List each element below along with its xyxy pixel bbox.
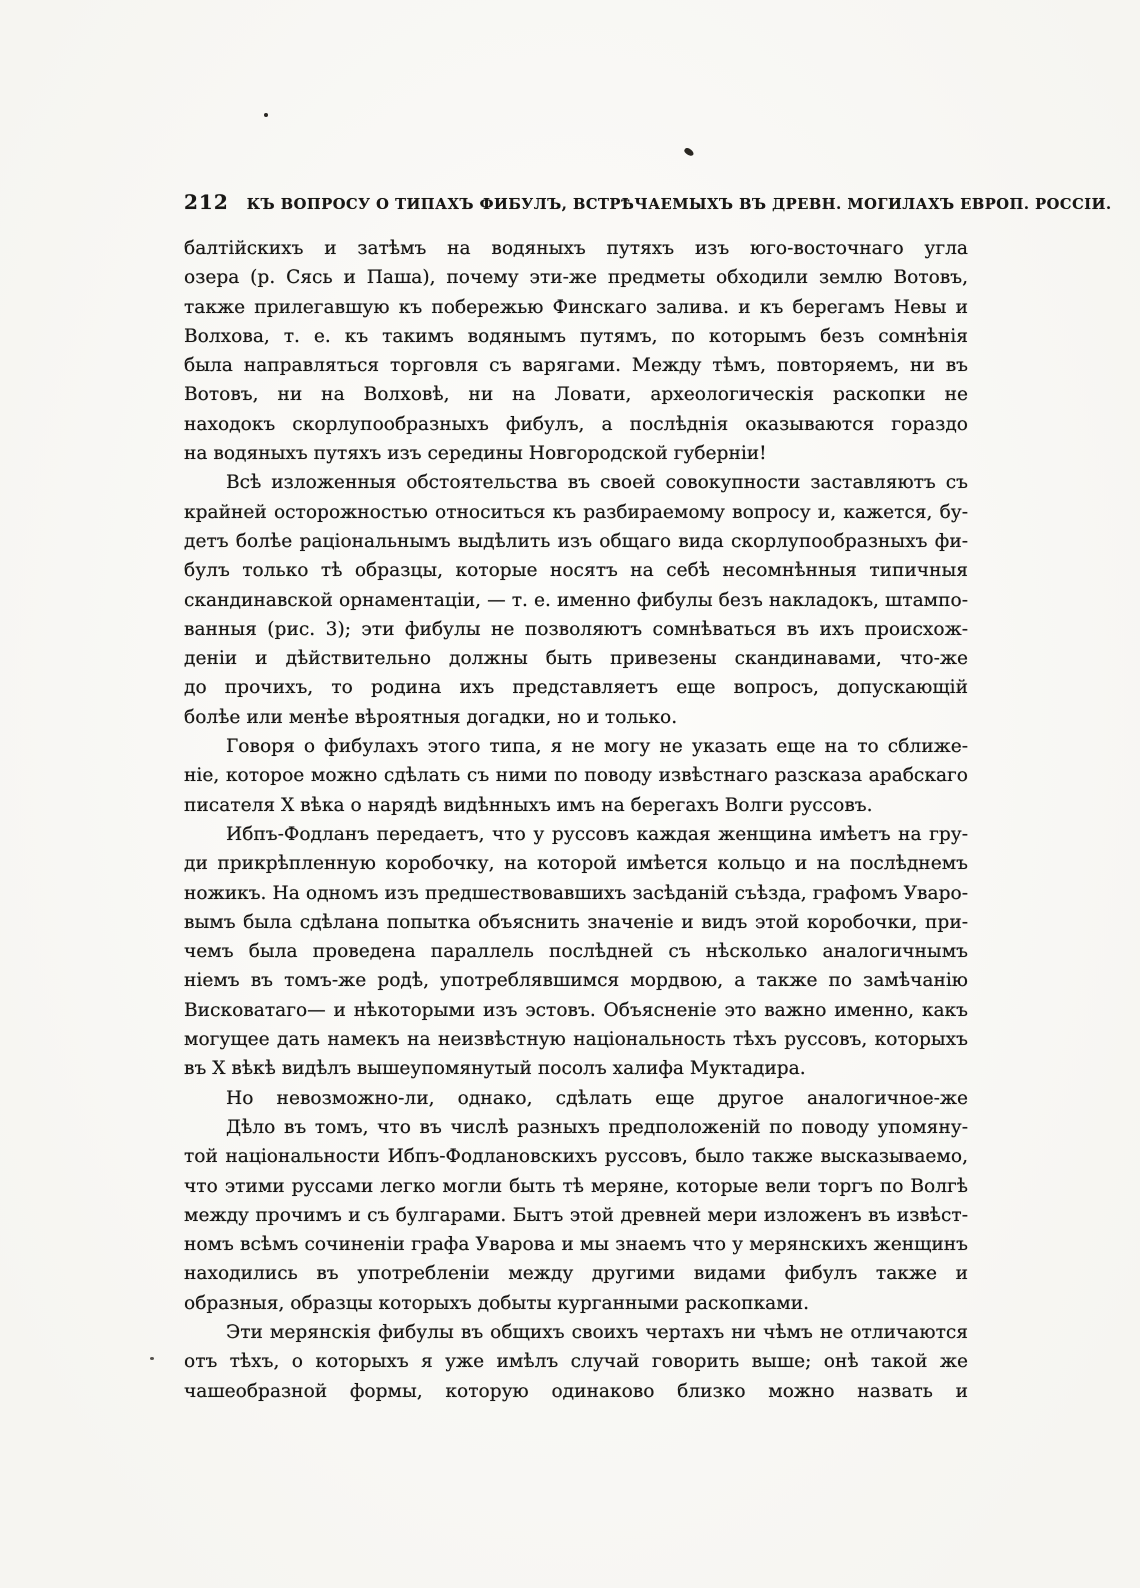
text-line: деніи и дѣйствительно должны быть привез… bbox=[184, 644, 968, 673]
text-line: балтійскихъ и затѣмъ на водяныхъ путяхъ … bbox=[184, 234, 968, 263]
text-line: въ X вѣкѣ видѣлъ вышеупомянутый посолъ х… bbox=[184, 1054, 968, 1083]
text-line: скандинавской орнаментаціи, — т. е. имен… bbox=[184, 586, 968, 615]
text-block: балтійскихъ и затѣмъ на водяныхъ путяхъ … bbox=[184, 234, 968, 1406]
text-line: ножикъ. На одномъ изъ предшествовавшихъ … bbox=[184, 879, 968, 908]
text-line: могущее дать намекъ на неизвѣстную націо… bbox=[184, 1025, 968, 1054]
text-line: Ибпъ-Фодланъ передаетъ, что у руссовъ ка… bbox=[184, 820, 968, 849]
text-line: той національности Ибпъ-Фодлановскихъ ру… bbox=[184, 1142, 968, 1171]
text-line: номъ всѣмъ сочиненіи графа Уварова и мы … bbox=[184, 1230, 968, 1259]
text-line: чашеобразной формы, которую одинаково бл… bbox=[184, 1377, 968, 1406]
running-header-title: КЪ ВОПРОСУ О ТИПАХЪ ФИБУЛЪ, ВСТРѢЧАЕМЫХЪ… bbox=[247, 196, 1112, 213]
text-line: образныя, образцы которыхъ добыты курган… bbox=[184, 1289, 968, 1318]
text-line: была направляться торговля съ варягами. … bbox=[184, 351, 968, 380]
text-line: крайней осторожностью относиться къ разб… bbox=[184, 498, 968, 527]
text-line: Волхова, т. е. къ такимъ водянымъ путямъ… bbox=[184, 322, 968, 351]
text-line: Всѣ изложенныя обстоятельства въ своей с… bbox=[184, 468, 968, 497]
text-line: Висковатаго— и нѣкоторыми изъ эстовъ. Об… bbox=[184, 996, 968, 1025]
paragraph: Эти мерянскія фибулы въ общихъ своихъ че… bbox=[184, 1318, 968, 1406]
text-line: булъ только тѣ образцы, которые носятъ н… bbox=[184, 556, 968, 585]
text-line: что этими руссами легко могли быть тѣ ме… bbox=[184, 1172, 968, 1201]
text-line: Говоря о фибулахъ этого типа, я не могу … bbox=[184, 732, 968, 761]
text-line: между прочимъ и съ булгарами. Бытъ этой … bbox=[184, 1201, 968, 1230]
text-line: детъ болѣе раціональнымъ выдѣлить изъ об… bbox=[184, 527, 968, 556]
paragraph: Ибпъ-Фодланъ передаетъ, что у руссовъ ка… bbox=[184, 820, 968, 1084]
paragraph: Говоря о фибулахъ этого типа, я не могу … bbox=[184, 732, 968, 820]
text-line: ди прикрѣпленную коробочку, на которой и… bbox=[184, 849, 968, 878]
text-line: находились въ употребленіи между другими… bbox=[184, 1259, 968, 1288]
text-line: до прочихъ, то родина ихъ представляетъ … bbox=[184, 673, 968, 702]
text-line: ніемъ въ томъ-же родѣ, употреблявшимся м… bbox=[184, 966, 968, 995]
running-header: 212 КЪ ВОПРОСУ О ТИПАХЪ ФИБУЛЪ, ВСТРѢЧАЕ… bbox=[184, 190, 968, 214]
text-line: Эти мерянскія фибулы въ общихъ своихъ че… bbox=[184, 1318, 968, 1347]
text-line: вымъ была сдѣлана попытка объяснить знач… bbox=[184, 908, 968, 937]
text-line: отъ тѣхъ, о которыхъ я уже имѣлъ случай … bbox=[184, 1347, 968, 1376]
text-line: ніе, которое можно сдѣлать съ ними по по… bbox=[184, 761, 968, 790]
text-line: болѣе или менѣе вѣроятныя догадки, но и … bbox=[184, 703, 968, 732]
text-line: ванныя (рис. 3); эти фибулы не позволяют… bbox=[184, 615, 968, 644]
text-line: Вотовъ, ни на Волховѣ, ни на Ловати, арх… bbox=[184, 380, 968, 409]
page-number: 212 bbox=[184, 190, 229, 214]
text-line: озера (р. Сясь и Паша), почему эти-же пр… bbox=[184, 263, 968, 292]
paragraph: балтійскихъ и затѣмъ на водяныхъ путяхъ … bbox=[184, 234, 968, 468]
text-line: находокъ скорлупообразныхъ фибулъ, а пос… bbox=[184, 410, 968, 439]
paragraph: Всѣ изложенныя обстоятельства въ своей с… bbox=[184, 468, 968, 732]
ink-speck bbox=[150, 1357, 154, 1360]
scanned-book-page: 212 КЪ ВОПРОСУ О ТИПАХЪ ФИБУЛЪ, ВСТРѢЧАЕ… bbox=[0, 0, 1140, 1588]
text-line: писателя X вѣка о нарядѣ видѣнныхъ имъ н… bbox=[184, 791, 968, 820]
text-line: также прилегавшую къ побережью Финскаго … bbox=[184, 293, 968, 322]
ink-speck bbox=[264, 113, 268, 117]
text-line: Но невозможно-ли, однако, сдѣлать еще др… bbox=[184, 1084, 968, 1113]
paragraph: Но невозможно-ли, однако, сдѣлать еще др… bbox=[184, 1084, 968, 1113]
text-line: Дѣло въ томъ, что въ числѣ разныхъ предп… bbox=[184, 1113, 968, 1142]
ink-speck bbox=[683, 147, 695, 158]
text-line: чемъ была проведена параллель послѣдней … bbox=[184, 937, 968, 966]
paragraph: Дѣло въ томъ, что въ числѣ разныхъ предп… bbox=[184, 1113, 968, 1318]
text-line: на водяныхъ путяхъ изъ середины Новгород… bbox=[184, 439, 968, 468]
